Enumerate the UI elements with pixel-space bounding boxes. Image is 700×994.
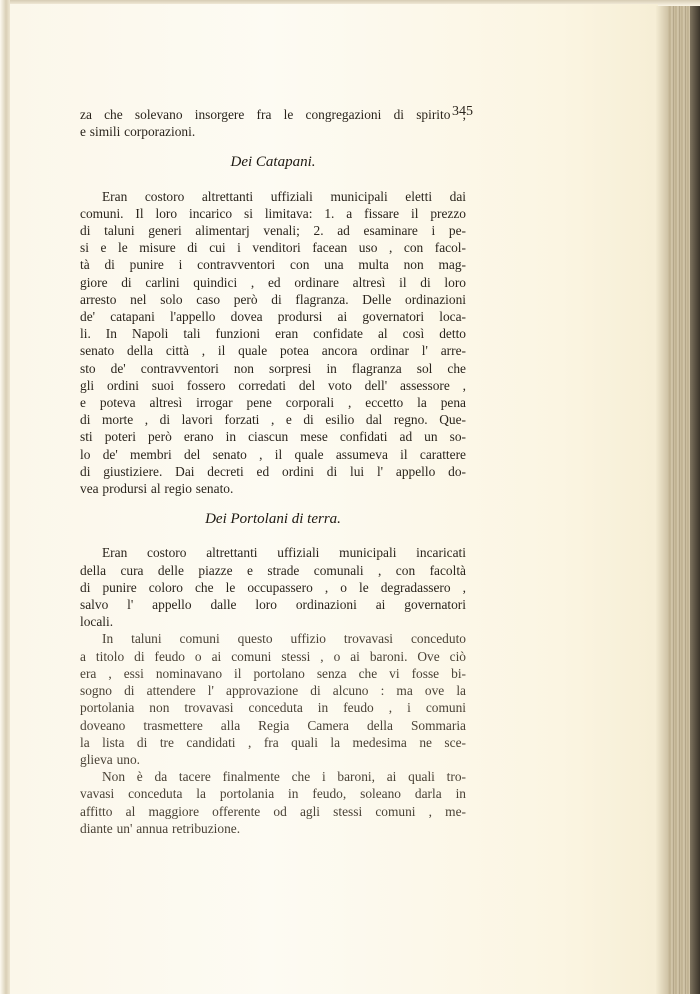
page-left-edge (0, 0, 10, 994)
text-line: sti poteri però erano in ciascun mese co… (80, 428, 466, 445)
text-line: glieva uno. (80, 751, 466, 768)
section-heading-catapani: Dei Catapani. (80, 154, 466, 171)
book-fore-edge (668, 6, 690, 994)
page-gutter-shadow (656, 6, 668, 994)
text-line: li. In Napoli tali funzioni eran confida… (80, 325, 466, 342)
text-line: portolania non trovavasi conceduta in fe… (80, 699, 466, 716)
text-line: za che solevano insorgere fra le congreg… (80, 106, 466, 123)
text-line: di giustiziere. Dai decreti ed ordini di… (80, 463, 466, 480)
text-line: e poteva altresì irrogar pene corporali … (80, 394, 466, 411)
text-line: locali. (80, 613, 466, 630)
text-line: di morte , di lavori forzati , e di esil… (80, 411, 466, 428)
text-line: sto de' contravventori non sorpresi in f… (80, 360, 466, 377)
text-line: lo de' membri del senato , il quale assu… (80, 446, 466, 463)
text-line: e simili corporazioni. (80, 123, 466, 140)
text-line: sogno di attendere l' approvazione di al… (80, 682, 466, 699)
portolani-paragraph-1: Eran costoro altrettanti uffiziali munic… (80, 544, 466, 630)
book-cover-edge (690, 6, 700, 994)
text-line: giore di carlini quindici , ed ordinare … (80, 274, 466, 291)
text-line: In taluni comuni questo uffizio trovavas… (80, 630, 466, 647)
text-line: si e le misure di cui i venditori facean… (80, 239, 466, 256)
section-heading-portolani: Dei Portolani di terra. (80, 511, 466, 528)
text-line: della cura delle piazze e strade comunal… (80, 562, 466, 579)
page-text: za che solevano insorgere fra le congreg… (80, 106, 466, 837)
text-line: salvo l' appello dalle loro ordinazioni … (80, 596, 466, 613)
text-line: la lista di tre candidati , fra quali la… (80, 734, 466, 751)
text-line: Eran costoro altrettanti uffiziali munic… (80, 188, 466, 205)
text-line: a titolo di feudo o ai comuni stessi , o… (80, 648, 466, 665)
text-line: tà di punire i contravventori con una mu… (80, 256, 466, 273)
portolani-paragraph-2: In taluni comuni questo uffizio trovavas… (80, 630, 466, 768)
text-line: vea prodursi al regio senato. (80, 480, 466, 497)
text-line: diante un' annua retribuzione. (80, 820, 466, 837)
intro-paragraph: za che solevano insorgere fra le congreg… (80, 106, 466, 140)
text-line: senato della città , il quale potea anco… (80, 342, 466, 359)
text-line: gli ordini suoi fossero corredati del vo… (80, 377, 466, 394)
portolani-paragraph-3: Non è da tacere finalmente che i baroni,… (80, 768, 466, 837)
text-line: di taluni generi alimentarj venali; 2. a… (80, 222, 466, 239)
text-line: Non è da tacere finalmente che i baroni,… (80, 768, 466, 785)
text-line: de' catapani l'appello dovea prodursi ai… (80, 308, 466, 325)
text-line: arresto nel solo caso però di flagranza.… (80, 291, 466, 308)
text-line: comuni. Il loro incarico si limitava: 1.… (80, 205, 466, 222)
catapani-paragraph: Eran costoro altrettanti uffiziali munic… (80, 188, 466, 498)
text-line: di punire coloro che le occupassero , o … (80, 579, 466, 596)
text-line: affitto al maggiore offerente od agli st… (80, 803, 466, 820)
text-line: era , essi nominavano il portolano senza… (80, 665, 466, 682)
text-line: vavasi conceduta la portolania in feudo,… (80, 785, 466, 802)
text-line: Eran costoro altrettanti uffiziali munic… (80, 544, 466, 561)
text-line: doveano trasmettere alla Regia Camera de… (80, 717, 466, 734)
